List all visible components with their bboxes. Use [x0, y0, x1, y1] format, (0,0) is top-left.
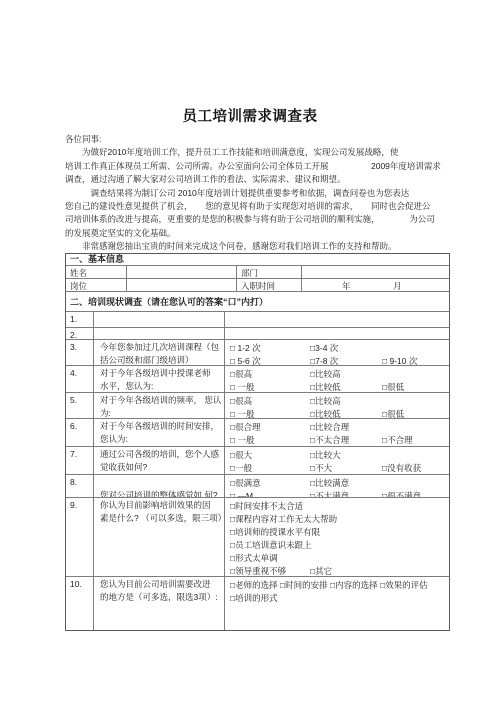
question-line: 对于今年各级培训的时间安排，: [100, 420, 224, 433]
intro-line: 调查结果将为制订公司 2010年度培训计划提供重要参考和依据，调查问卷也为您表达: [65, 187, 450, 200]
options-line: □ 一般□比较低□很低: [230, 381, 449, 393]
checkbox-option: □比较低: [310, 408, 382, 419]
options-line: □ 一般□不太合理□不合理: [230, 434, 449, 447]
options-line: □形式太单调: [230, 552, 449, 565]
checkbox-option: □老师的选择 □时间的安排 □内容的选择 □效果的评估: [230, 579, 428, 592]
checkbox-option: □3-4 次: [310, 342, 382, 355]
checkbox-option: □一般: [230, 462, 310, 475]
question-text: 对于今年各级培训的时间安排，您认为:: [93, 419, 224, 446]
checkbox-option: □领导重视不够: [230, 565, 310, 577]
options-line: □很高□比较高: [230, 368, 449, 381]
checkbox-option: □不太合理: [310, 434, 382, 447]
question-text: [93, 328, 224, 339]
question-line: 为:: [100, 407, 224, 419]
question-text: 你认为目前影响培训效果的因素是什么? （可以多选，限三项）: [93, 498, 224, 576]
question-text: 您认为目前公司培训需要改进的地方是（可多选，限选3项）:: [93, 577, 224, 630]
question-text: 您对公司培训的整体感觉如 何?: [93, 475, 224, 497]
checkbox-option: □培训师的授课水平有限: [230, 526, 320, 539]
question-line: 通过公司各级的培训，您个人感: [100, 448, 224, 461]
question-text: 今年您参加过几次培训课程（包括公司级和部门级培训）: [93, 340, 224, 365]
row-number: 2.: [66, 328, 93, 339]
options-cell: □很高□比较高□ 一般□比较低□很低: [224, 393, 449, 418]
checkbox-option: □ 1-2 次: [230, 342, 310, 355]
question-line: 素是什么? （可以多选，限三项）: [100, 512, 224, 525]
section-header-survey: 二、培训现状调查（请在您认可的答案“口”内打）: [66, 292, 449, 312]
options-line: □领导重视不够□其它: [230, 565, 449, 577]
row-number: 7.: [66, 447, 93, 474]
options-line: □ 一般□比较低□很低: [230, 408, 449, 419]
options-cell: □ 1-2 次□3-4 次□ 5-6 次□7-8 次□ 9-10 次: [224, 340, 449, 365]
checkbox-option: □很低: [382, 408, 404, 419]
checkbox-option: □比较高: [310, 395, 382, 408]
basic-info-row: 岗位入职时间年 月: [66, 279, 449, 292]
options-cell: [224, 328, 449, 339]
survey-table: 一、基本信息 姓名部门岗位入职时间年 月 二、培训现状调查（请在您认可的答案“口…: [65, 253, 450, 631]
survey-document-page: 员工培训需求调查表 各位同事: 为做好2010年度培训工作，提升员工工作技能和培…: [0, 0, 500, 708]
checkbox-option: □其它: [310, 565, 382, 577]
checkbox-option: □比较大: [310, 449, 382, 462]
question-line: 您对公司培训的整体感觉如 何?: [100, 489, 224, 498]
options-line: □很满意□比较满意: [230, 477, 449, 490]
options-cell: □老师的选择 □时间的安排 □内容的选择 □效果的评估□培训的形式: [224, 577, 449, 630]
checkbox-option: □比较高: [310, 368, 382, 381]
checkbox-option: □不大: [310, 462, 382, 475]
question-text: 通过公司各级的培训，您个人感觉收获如何?: [93, 447, 224, 474]
checkbox-option: □7-8 次: [310, 355, 382, 366]
question-line: 对于今年各级培训中授课老师: [100, 367, 224, 380]
checkbox-option: □比较低: [310, 381, 382, 393]
row-number: 1.: [66, 312, 93, 327]
survey-row-5: 5.对于今年各级培训的频率， 您认为:□很高□比较高□ 一般□比较低□很低: [66, 393, 449, 419]
options-cell: □很高□比较高□ 一般□比较低□很低: [224, 366, 449, 392]
checkbox-option: □很合理: [230, 421, 310, 434]
checkbox-option: □课程内容对工作无太大帮助: [230, 513, 337, 526]
intro-line: 司培训体系的改进与提高，更重要的是您的积极参与将有助于公司培训的顺利实施， 为公…: [65, 213, 450, 226]
checkbox-option: □培训的形式: [230, 592, 310, 605]
question-line: 您认为目前公司培训需要改进: [100, 578, 224, 591]
checkbox-option: □ 5-6 次: [230, 355, 310, 366]
checkbox-option: □ 一般: [230, 381, 310, 393]
row-number: 4.: [66, 366, 93, 392]
question-line: 你认为目前影响培训效果的因: [100, 499, 224, 512]
row-number: 5.: [66, 393, 93, 418]
section-header-basic-info: 一、基本信息: [66, 254, 449, 266]
options-line: □ —M□不太满意□很不满意: [230, 490, 449, 498]
question-line: 觉收获如何?: [100, 461, 224, 474]
options-cell: □很满意□比较满意□ —M□不太满意□很不满意: [224, 475, 449, 497]
basic-info-value: [127, 266, 237, 278]
question-line: 的地方是（可多选，限选3项）:: [100, 591, 224, 604]
question-line: 今年您参加过几次培训课程（包: [100, 341, 224, 354]
basic-info-value: 年 月: [302, 279, 449, 291]
survey-row-10: 10.您认为目前公司培训需要改进的地方是（可多选，限选3项）:□老师的选择 □时…: [66, 577, 449, 630]
intro-line: 为做好2010年度培训工作，提升员工工作技能和培训满意度，实现公司发展战略，使: [65, 146, 450, 159]
checkbox-option: □形式太单调: [230, 552, 310, 565]
checkbox-option: □没有收获: [382, 462, 421, 475]
options-cell: □很大□比较大□一般□不大□没有收获: [224, 447, 449, 474]
question-line: 对于今年各级培训的频率， 您认: [100, 394, 224, 407]
options-cell: [224, 312, 449, 327]
intro-line: 您自己的建设性意见提供了机会， 您的意见将有助于实现您对培训的需求， 同时也会促…: [65, 200, 450, 213]
question-text: 对于今年各级培训的频率， 您认为:: [93, 393, 224, 418]
options-line: □员工培训意识未跟上: [230, 539, 449, 552]
options-line: □很大□比较大: [230, 449, 449, 462]
options-line: □ 5-6 次□7-8 次□ 9-10 次: [230, 355, 449, 366]
survey-row-2: 2.: [66, 328, 449, 340]
options-line: □很高□比较高: [230, 395, 449, 408]
checkbox-option: □很高: [230, 395, 310, 408]
basic-info-label: 岗位: [66, 279, 127, 291]
row-number: 3.: [66, 340, 93, 365]
checkbox-option: □时间安排不太合适: [230, 500, 310, 513]
survey-row-1: 1.: [66, 312, 449, 328]
intro-line: 各位同事:: [65, 133, 450, 146]
checkbox-option: □很满意: [230, 477, 310, 490]
options-line: □很合理□比较合理: [230, 421, 449, 434]
checkbox-option: □很低: [382, 381, 404, 393]
checkbox-option: □ —M: [230, 490, 310, 498]
options-line: □时间安排不太合适: [230, 500, 449, 513]
question-text: 对于今年各级培训中授课老师水平，您认为:: [93, 366, 224, 392]
checkbox-option: □很高: [230, 368, 310, 381]
survey-row-6: 6.对于今年各级培训的时间安排，您认为:□很合理□比较合理□ 一般□不太合理□不…: [66, 419, 449, 447]
options-line: □一般□不大□没有收获: [230, 462, 449, 475]
options-line: □培训师的授课水平有限: [230, 526, 449, 539]
basic-info-row: 姓名部门: [66, 266, 449, 279]
survey-row-7: 7.通过公司各级的培训，您个人感觉收获如何?□很大□比较大□一般□不大□没有收获: [66, 447, 449, 475]
survey-row-3: 3.今年您参加过几次培训课程（包括公司级和部门级培训）□ 1-2 次□3-4 次…: [66, 340, 449, 366]
intro-line: 非常感谢您抽出宝贵的时间来完成这个问卷，感谢您对我们培训工作的支持和帮助。: [65, 240, 450, 253]
options-line: □培训的形式: [230, 592, 449, 605]
checkbox-option: □ 一般: [230, 408, 310, 419]
basic-info-value: [302, 266, 449, 278]
options-cell: □时间安排不太合适□课程内容对工作无太大帮助□培训师的授课水平有限□员工培训意识…: [224, 498, 449, 576]
checkbox-option: □比较合理: [310, 421, 382, 434]
options-line: □课程内容对工作无太大帮助: [230, 513, 449, 526]
survey-question-rows: 1.2.3.今年您参加过几次培训课程（包括公司级和部门级培训）□ 1-2 次□3…: [66, 312, 449, 630]
checkbox-option: □不合理: [382, 434, 413, 447]
options-line: □老师的选择 □时间的安排 □内容的选择 □效果的评估: [230, 579, 449, 592]
survey-row-9: 9.你认为目前影响培训效果的因素是什么? （可以多选，限三项）□时间安排不太合适…: [66, 498, 449, 577]
row-number: 8.: [66, 475, 93, 497]
survey-row-4: 4.对于今年各级培训中授课老师水平，您认为:□很高□比较高□ 一般□比较低□很低: [66, 366, 449, 393]
question-text: [93, 312, 224, 327]
question-line: 水平，您认为:: [100, 380, 224, 393]
basic-info-label: 入职时间: [237, 279, 302, 291]
intro-paragraphs: 各位同事: 为做好2010年度培训工作，提升员工工作技能和培训满意度，实现公司发…: [65, 133, 450, 254]
basic-info-label: 姓名: [66, 266, 127, 278]
options-cell: □很合理□比较合理□ 一般□不太合理□不合理: [224, 419, 449, 446]
question-line: [100, 476, 224, 489]
page-title: 员工培训需求调查表: [0, 105, 500, 126]
intro-line: 培训工作真正体现员工所需、公司所需。办公室面向公司全体员工开展 2009年度培训…: [65, 160, 450, 173]
basic-info-label: 部门: [237, 266, 302, 278]
row-number: 6.: [66, 419, 93, 446]
checkbox-option: □很不满意: [382, 490, 421, 498]
basic-info-rows: 姓名部门岗位入职时间年 月: [66, 266, 449, 292]
checkbox-option: □比较满意: [310, 477, 382, 490]
checkbox-option: □ 一般: [230, 434, 310, 447]
checkbox-option: □不太满意: [310, 490, 382, 498]
checkbox-option: □ 9-10 次: [382, 355, 417, 366]
checkbox-option: □员工培训意识未跟上: [230, 539, 312, 552]
checkbox-option: □很大: [230, 449, 310, 462]
question-line: 您认为:: [100, 433, 224, 446]
row-number: 10.: [66, 577, 93, 630]
survey-row-8: 8.您对公司培训的整体感觉如 何?□很满意□比较满意□ —M□不太满意□很不满意: [66, 475, 449, 498]
basic-info-value: [127, 279, 237, 291]
options-line: □ 1-2 次□3-4 次: [230, 342, 449, 355]
intro-line: 调查，通过沟通了解大家对公司培训工作的看法、实际需求、建议和期望。: [65, 173, 450, 186]
intro-line: 的发展奠定坚实的文化基础。: [65, 227, 450, 240]
question-line: 括公司级和部门级培训）: [100, 354, 224, 366]
row-number: 9.: [66, 498, 93, 576]
